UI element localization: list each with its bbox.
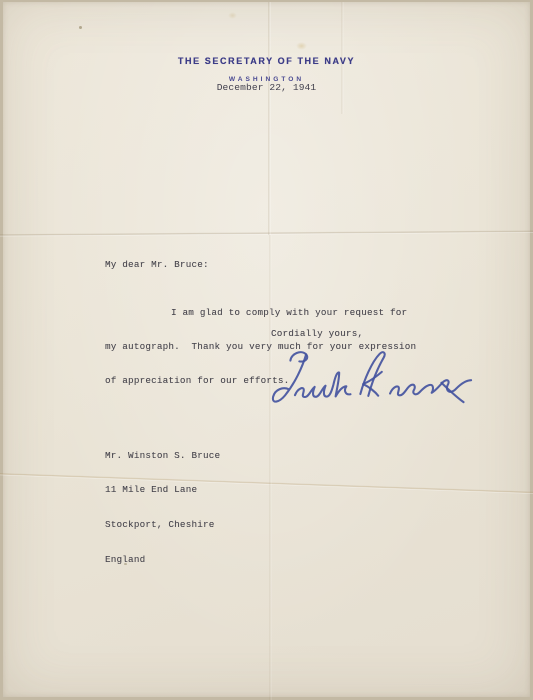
letterhead-title: THE SECRETARY OF THE NAVY (3, 56, 530, 66)
paper-speck (79, 26, 82, 29)
letter-date: December 22, 1941 (3, 82, 530, 93)
recipient-city: Stockport, Cheshire (105, 519, 220, 531)
scanned-letter-image: THE SECRETARY OF THE NAVY WASHINGTON Dec… (0, 0, 533, 700)
horizontal-fold-crease-lower (0, 473, 533, 495)
paragraph-line: I am glad to comply with your request fo… (105, 307, 416, 318)
letter-paper: THE SECRETARY OF THE NAVY WASHINGTON Dec… (3, 2, 530, 697)
recipient-street: 11 Mile End Lane (105, 484, 220, 496)
signature-ink-strokes (260, 342, 479, 416)
paper-stain (228, 12, 237, 19)
horizontal-fold-crease-upper (0, 230, 533, 237)
handwritten-signature-frank-knox (260, 342, 479, 416)
closing-line: Cordially yours, (271, 328, 363, 339)
recipient-name: Mr. Winston S. Bruce (105, 450, 220, 462)
paper-stain (296, 42, 307, 50)
recipient-address-block: Mr. Winston S. Bruce 11 Mile End Lane St… (105, 427, 220, 589)
salutation: My dear Mr. Bruce: (105, 259, 209, 270)
vertical-fold-crease-upper (268, 2, 271, 235)
recipient-country: England (105, 554, 220, 566)
